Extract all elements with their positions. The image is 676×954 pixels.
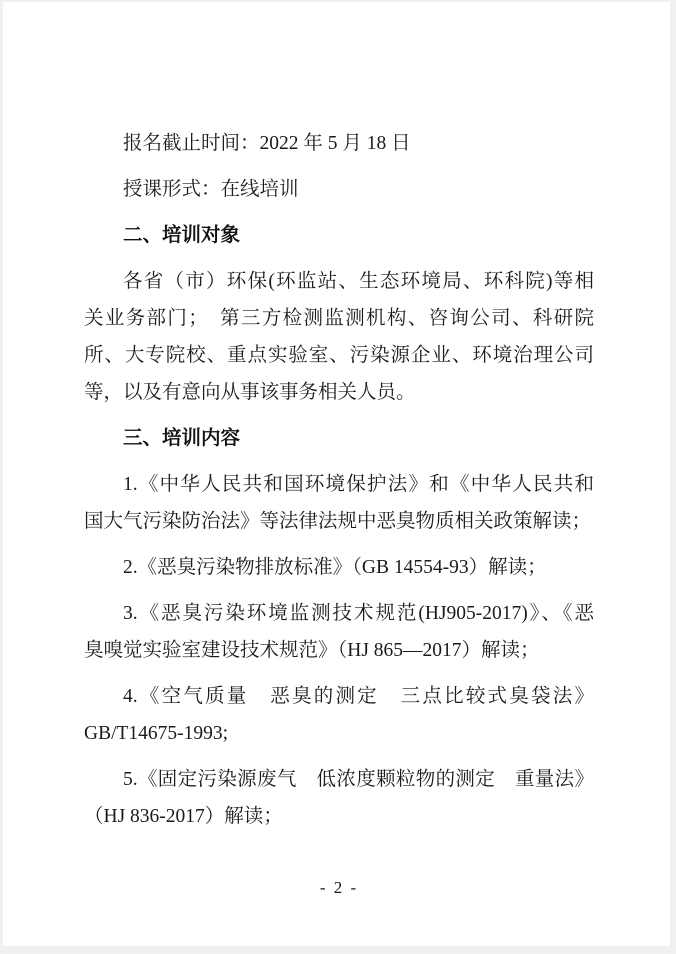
document-body: 报名截止时间：2022 年 5 月 18 日授课形式：在线培训二、培训对象各省（… [3,2,670,900]
text-line: 国大气污染防治法》等法律法规中恶臭物质相关政策解读； [84,503,594,540]
text-line: 3.《恶臭污染环境监测技术规范(HJ905-2017)》、《恶 [84,595,594,632]
paragraph: 4.《空气质量 恶臭的测定 三点比较式臭袋法》GB/T14675-1993; [84,678,594,752]
text-line: 1.《中华人民共和国环境保护法》和《中华人民共和 [84,466,594,503]
document-page: 报名截止时间：2022 年 5 月 18 日授课形式：在线培训二、培训对象各省（… [3,2,670,946]
text-line: 三、培训内容 [84,420,594,457]
text-line: 二、培训对象 [84,217,594,254]
text-line: 所、大专院校、重点实验室、污染源企业、环境治理公司 [84,337,594,374]
section-heading: 二、培训对象 [84,217,594,254]
paragraph: 5.《固定污染源废气 低浓度颗粒物的测定 重量法》（HJ 836-2017）解读… [84,761,594,835]
paragraph: 3.《恶臭污染环境监测技术规范(HJ905-2017)》、《恶臭嗅觉实验室建设技… [84,595,594,669]
text-line: 5.《固定污染源废气 低浓度颗粒物的测定 重量法》 [84,761,594,798]
paragraph: 授课形式：在线培训 [84,171,594,208]
text-line: 臭嗅觉实验室建设技术规范》（HJ 865—2017）解读； [84,632,594,669]
paragraph: 各省（市）环保(环监站、生态环境局、环科院)等相关业务部门； 第三方检测监测机构… [84,263,594,411]
text-line: 4.《空气质量 恶臭的测定 三点比较式臭袋法》 [84,678,594,715]
paragraph: 2.《恶臭污染物排放标准》（GB 14554-93）解读； [84,549,594,586]
text-line: 2.《恶臭污染物排放标准》（GB 14554-93）解读； [84,549,594,586]
text-line: 报名截止时间：2022 年 5 月 18 日 [84,125,594,162]
text-line: 各省（市）环保(环监站、生态环境局、环科院)等相 [84,263,594,300]
text-line: 关业务部门； 第三方检测监测机构、咨询公司、科研院 [84,300,594,337]
paragraph: 1.《中华人民共和国环境保护法》和《中华人民共和国大气污染防治法》等法律法规中恶… [84,466,594,540]
section-heading: 三、培训内容 [84,420,594,457]
text-line: 授课形式：在线培训 [84,171,594,208]
text-line: （HJ 836-2017）解读； [84,798,594,835]
page-number: - 2 - [84,876,594,900]
text-line: 等，以及有意向从事该事务相关人员。 [84,374,594,411]
text-line: GB/T14675-1993; [84,715,594,752]
paragraph: 报名截止时间：2022 年 5 月 18 日 [84,125,594,162]
